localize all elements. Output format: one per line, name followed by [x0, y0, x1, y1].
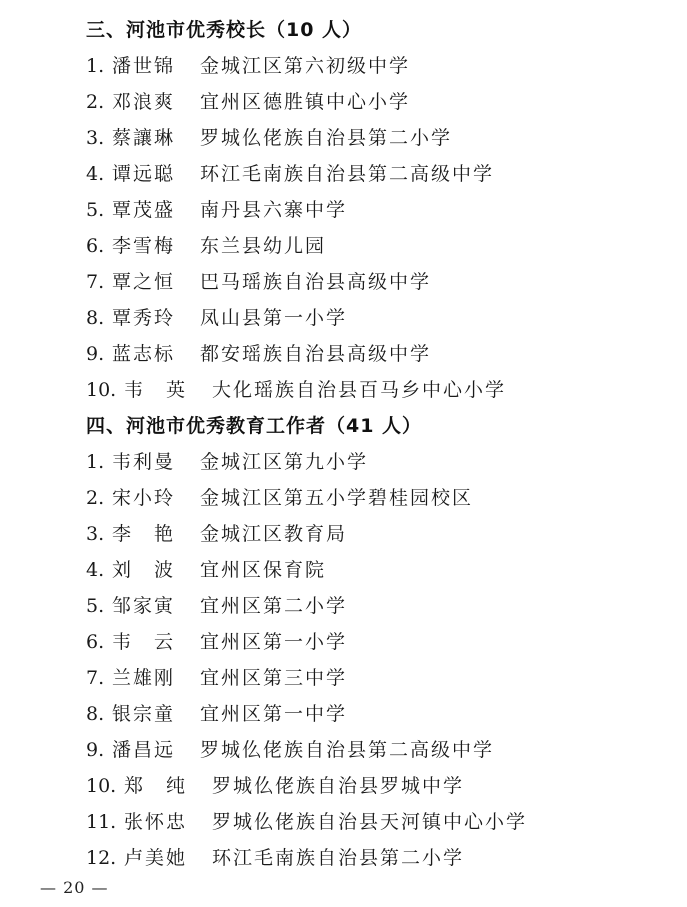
list-item: 7.兰雄刚宜州区第三中学 [86, 660, 347, 696]
organization: 东兰县幼儿园 [200, 228, 326, 264]
list-item: 9.潘昌远罗城仫佬族自治县第二高级中学 [86, 732, 494, 768]
list-item: 9.蓝志标都安瑶族自治县高级中学 [86, 336, 431, 372]
item-number: 8. [86, 300, 112, 336]
organization: 罗城仫佬族自治县第二小学 [200, 120, 452, 156]
organization: 巴马瑶族自治县高级中学 [200, 264, 431, 300]
organization: 宜州区第一中学 [200, 696, 347, 732]
list-item: 10.韦 英大化瑶族自治县百马乡中心小学 [86, 372, 506, 408]
list-item: 8.覃秀玲凤山县第一小学 [86, 300, 347, 336]
organization: 大化瑶族自治县百马乡中心小学 [212, 372, 506, 408]
item-number: 9. [86, 732, 112, 768]
person-name: 覃茂盛 [112, 192, 200, 228]
list-item: 7.覃之恒巴马瑶族自治县高级中学 [86, 264, 431, 300]
person-name: 宋小玲 [112, 480, 200, 516]
item-number: 11. [86, 804, 124, 840]
organization: 金城江区第九小学 [200, 444, 368, 480]
person-name: 邓浪爽 [112, 84, 200, 120]
item-number: 5. [86, 588, 112, 624]
list-item: 6.韦 云宜州区第一小学 [86, 624, 347, 660]
list-item: 3.蔡讓琳罗城仫佬族自治县第二小学 [86, 120, 452, 156]
list-item: 10.郑 纯罗城仫佬族自治县罗城中学 [86, 768, 464, 804]
person-name: 蓝志标 [112, 336, 200, 372]
organization: 金城江区教育局 [200, 516, 347, 552]
organization: 都安瑶族自治县高级中学 [200, 336, 431, 372]
organization: 宜州区保育院 [200, 552, 326, 588]
organization: 宜州区第二小学 [200, 588, 347, 624]
person-name: 谭远聪 [112, 156, 200, 192]
list-item: 3.李 艳金城江区教育局 [86, 516, 347, 552]
organization: 罗城仫佬族自治县罗城中学 [212, 768, 464, 804]
list-item: 12.卢美她环江毛南族自治县第二小学 [86, 840, 464, 876]
person-name: 邹家寅 [112, 588, 200, 624]
person-name: 张怀忠 [124, 804, 212, 840]
person-name: 郑 纯 [124, 768, 212, 804]
list-item: 4.刘 波宜州区保育院 [86, 552, 326, 588]
item-number: 5. [86, 192, 112, 228]
item-number: 4. [86, 552, 112, 588]
list-item: 4.谭远聪环江毛南族自治县第二高级中学 [86, 156, 494, 192]
item-number: 6. [86, 624, 112, 660]
item-number: 8. [86, 696, 112, 732]
item-number: 2. [86, 84, 112, 120]
item-number: 6. [86, 228, 112, 264]
organization: 环江毛南族自治县第二小学 [212, 840, 464, 876]
person-name: 覃之恒 [112, 264, 200, 300]
item-number: 2. [86, 480, 112, 516]
person-name: 韦 云 [112, 624, 200, 660]
item-number: 1. [86, 444, 112, 480]
person-name: 兰雄刚 [112, 660, 200, 696]
list-item: 1.潘世锦金城江区第六初级中学 [86, 48, 410, 84]
organization: 凤山县第一小学 [200, 300, 347, 336]
list-item: 2.邓浪爽宜州区德胜镇中心小学 [86, 84, 410, 120]
person-name: 潘世锦 [112, 48, 200, 84]
list-item: 6.李雪梅东兰县幼儿园 [86, 228, 326, 264]
organization: 罗城仫佬族自治县第二高级中学 [200, 732, 494, 768]
organization: 宜州区德胜镇中心小学 [200, 84, 410, 120]
item-number: 3. [86, 120, 112, 156]
organization: 金城江区第五小学碧桂园校区 [200, 480, 473, 516]
person-name: 刘 波 [112, 552, 200, 588]
organization: 环江毛南族自治县第二高级中学 [200, 156, 494, 192]
person-name: 李 艳 [112, 516, 200, 552]
item-number: 10. [86, 768, 124, 804]
item-number: 9. [86, 336, 112, 372]
list-item: 8.银宗童宜州区第一中学 [86, 696, 347, 732]
item-number: 1. [86, 48, 112, 84]
person-name: 韦利曼 [112, 444, 200, 480]
person-name: 银宗童 [112, 696, 200, 732]
list-item: 5.邹家寅宜州区第二小学 [86, 588, 347, 624]
list-item: 2.宋小玲金城江区第五小学碧桂园校区 [86, 480, 473, 516]
section-heading-excellent-principals: 三、河池市优秀校长（10 人） [86, 12, 362, 48]
person-name: 卢美她 [124, 840, 212, 876]
organization: 南丹县六寨中学 [200, 192, 347, 228]
organization: 罗城仫佬族自治县天河镇中心小学 [212, 804, 527, 840]
person-name: 李雪梅 [112, 228, 200, 264]
person-name: 潘昌远 [112, 732, 200, 768]
organization: 宜州区第一小学 [200, 624, 347, 660]
organization: 宜州区第三中学 [200, 660, 347, 696]
list-item: 1.韦利曼金城江区第九小学 [86, 444, 368, 480]
item-number: 7. [86, 264, 112, 300]
document-page: 三、河池市优秀校长（10 人） 1.潘世锦金城江区第六初级中学 2.邓浪爽宜州区… [0, 0, 687, 907]
person-name: 覃秀玲 [112, 300, 200, 336]
item-number: 3. [86, 516, 112, 552]
section-heading-excellent-educators: 四、河池市优秀教育工作者（41 人） [86, 408, 422, 444]
person-name: 蔡讓琳 [112, 120, 200, 156]
list-item: 11.张怀忠罗城仫佬族自治县天河镇中心小学 [86, 804, 527, 840]
page-number: — 20 — [40, 876, 109, 900]
item-number: 12. [86, 840, 124, 876]
person-name: 韦 英 [124, 372, 212, 408]
item-number: 4. [86, 156, 112, 192]
organization: 金城江区第六初级中学 [200, 48, 410, 84]
item-number: 7. [86, 660, 112, 696]
item-number: 10. [86, 372, 124, 408]
list-item: 5.覃茂盛南丹县六寨中学 [86, 192, 347, 228]
